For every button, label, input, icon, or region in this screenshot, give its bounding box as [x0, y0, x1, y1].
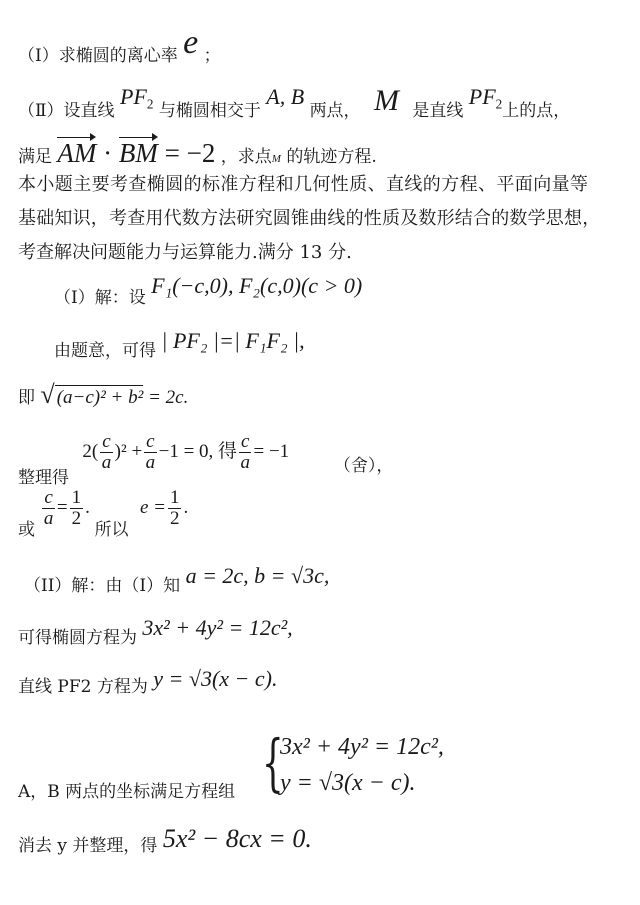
solution1-result: 或 ca=12. 所以 e =12. — [18, 488, 188, 529]
problem-part1: （Ⅰ）求椭圆的离心率 e ； — [18, 34, 221, 68]
solution1-intro: （I）解：设 F₁(−c,0), F₂(c,0)(c > 0) — [54, 285, 362, 307]
eccentricity-var: e — [183, 24, 198, 61]
part2-text4: 上的点， — [502, 101, 570, 121]
eq-part-a: 2( — [82, 441, 98, 462]
part1-end: ； — [204, 46, 221, 66]
part2-text3: 是直线 — [412, 101, 463, 121]
line-name: PF — [120, 84, 147, 109]
solution1-arrange: 整理得 2(ca)² +ca−1 = 0, 得ca= −1 （舍）， — [18, 432, 393, 473]
eq-sign: = — [57, 497, 68, 518]
sqrt-rhs: = 2c. — [148, 387, 188, 408]
solution1-label: （I）解：设 — [54, 288, 146, 308]
arrange-prefix: 整理得 — [18, 468, 69, 488]
e-equals: e = — [140, 497, 166, 518]
given-equation: | PF₂ |=| F₁F₂ |, — [161, 328, 304, 353]
eliminate-prefix: 消去 y 并整理，得 — [18, 836, 157, 856]
eliminate-equation: 5x² − 8cx = 0. — [163, 824, 312, 853]
solution2-label: （II）解：由（I）知 — [24, 576, 180, 596]
vector-am: AM — [57, 140, 96, 167]
part2-text2: 两点， — [310, 101, 361, 121]
half-num: 1 — [168, 488, 182, 509]
ellipse-prefix: 可得椭圆方程为 — [18, 628, 137, 648]
line-sub: 2 — [147, 97, 154, 112]
dot-operator: · — [103, 138, 112, 168]
problem-part2: （Ⅱ）设直线 PF2 与椭圆相交于 A, B 两点， M 是直线 PF2上的点， — [18, 92, 570, 123]
eq-part-b: )² + — [115, 441, 143, 462]
half-den: 2 — [168, 509, 182, 529]
ellipse-equation: 3x² + 4y² = 12c², — [142, 615, 292, 640]
analysis-line-1: 本小题主要考查椭圆的标准方程和几何性质、直线的方程、平面向量等 — [18, 176, 588, 194]
point-m: M — [374, 84, 399, 117]
small-m: M — [272, 153, 281, 165]
solution2-ellipse: 可得椭圆方程为 3x² + 4y² = 12c², — [18, 625, 293, 647]
solution2-line: 直线 PF2 方程为 y = √3(x − c). — [18, 674, 277, 696]
frac-num: c — [100, 432, 112, 453]
solution1-given: 由题意，可得 | PF₂ |=| F₁F₂ |, — [54, 338, 305, 360]
vector-bm: BM — [119, 140, 158, 167]
period: . — [183, 497, 188, 518]
reject-note: （舍）， — [334, 456, 394, 476]
eq-part-c: −1 = 0, 得 — [159, 441, 237, 462]
equation-system: { 3x² + 4y² = 12c², y = √3(x − c). — [262, 734, 502, 804]
solution2-system-prefix: A，B 两点的坐标满足方程组 — [18, 784, 235, 801]
eq-part-d: = −1 — [253, 441, 289, 462]
condition-suffix-a: ，求点 — [221, 147, 272, 167]
part2-text1: 与椭圆相交于 — [159, 101, 261, 121]
solution2-intro: （II）解：由（I）知 a = 2c, b = √3c, — [24, 573, 329, 595]
solution1-sqrt: 即 √(a−c)² + b² = 2c. — [18, 382, 188, 408]
relation-equation: a = 2c, b = √3c, — [186, 563, 330, 588]
frac-den: a — [239, 453, 251, 473]
condition-suffix-b: 的轨迹方程. — [286, 147, 376, 167]
line-equation: y = √3(x − c). — [153, 666, 277, 691]
frac-num: c — [42, 488, 54, 509]
line-prefix: 直线 PF2 方程为 — [18, 677, 148, 697]
so-label: 所以 — [95, 520, 129, 540]
condition-prefix: 满足 — [18, 147, 52, 167]
part2-label: （Ⅱ）设直线 — [18, 101, 115, 121]
frac-den: a — [100, 453, 112, 473]
ji-label: 即 — [18, 388, 35, 408]
sqrt-expression: (a−c)² + b² — [55, 385, 144, 408]
or-label: 或 — [18, 520, 35, 540]
solution2-eliminate: 消去 y 并整理，得 5x² − 8cx = 0. — [18, 830, 312, 856]
frac-den: a — [144, 453, 156, 473]
condition-rhs: = −2 — [165, 138, 216, 168]
analysis-line-2: 基础知识，考查用代数方法研究圆锥曲线的性质及数形结合的数学思想， — [18, 210, 600, 228]
line-pf2: PF2 — [120, 84, 153, 109]
analysis-line-3: 考查解决问题能力与运算能力.满分 13 分. — [18, 244, 352, 262]
frac-den: a — [42, 509, 54, 529]
frac-num: c — [144, 432, 156, 453]
line-sub: 2 — [496, 97, 503, 112]
points-ab: A, B — [266, 84, 304, 109]
frac-num: c — [239, 432, 251, 453]
system-row-1: 3x² + 4y² = 12c², — [280, 734, 444, 761]
foci-definition: F₁(−c,0), F₂(c,0)(c > 0) — [151, 273, 362, 298]
period: . — [85, 497, 90, 518]
line-pf2-2: PF2 — [469, 84, 502, 109]
half-den: 2 — [70, 509, 84, 529]
half-num: 1 — [70, 488, 84, 509]
part1-label: （Ⅰ）求椭圆的离心率 — [18, 46, 178, 66]
system-row-2: y = √3(x − c). — [280, 770, 416, 797]
line-name: PF — [469, 84, 496, 109]
problem-condition: 满足 AM · BM = −2 ，求点M 的轨迹方程. — [18, 140, 377, 167]
given-prefix: 由题意，可得 — [54, 341, 156, 361]
